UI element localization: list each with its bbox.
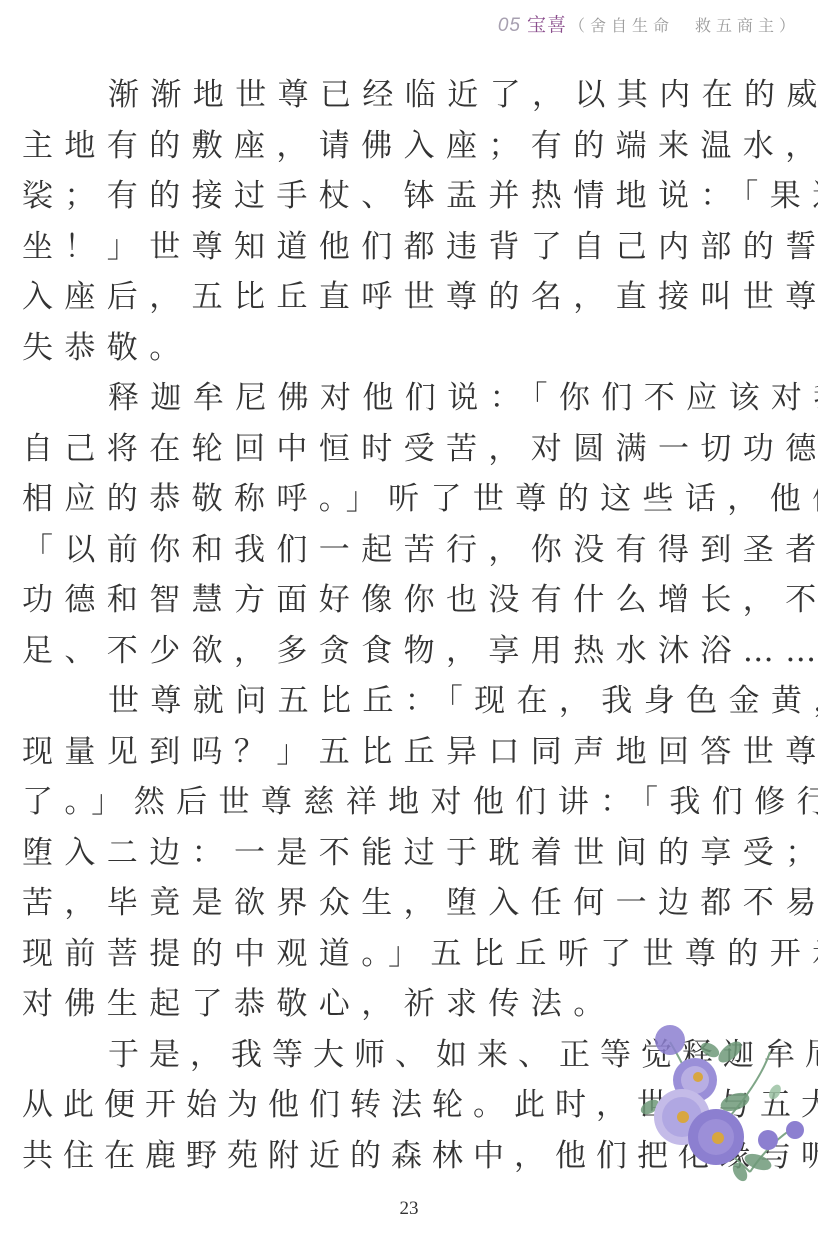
page-number: 23 (0, 1198, 818, 1220)
text-line: 足、不少欲，多贪食物，享用热水沐浴……。」。 (22, 626, 802, 677)
text-line: 世尊就问五比丘：「现在，我身色金黄，诸根调伏，你们没有 (22, 676, 802, 727)
text-line: 苦，毕竟是欲界众生，堕入任何一边都不易成就。远离二边，当依 (22, 878, 802, 929)
text-line: 「以前你和我们一起苦行，你没有得到圣者的一些功德；现在，从 (22, 525, 802, 576)
text-line: 现量见到吗？」五比丘异口同声地回答世尊曰：「见到了，见到 (22, 727, 802, 778)
body-text: 渐渐地世尊已经临近了，以其内在的威德力，五比丘都不由自 主地有的敷座，请佛入座；… (22, 70, 802, 1181)
text-line: 现前菩提的中观道。」五比丘听了世尊的开示后，态度迥然不同， (22, 929, 802, 980)
running-header: 05 宝喜 （舍自生命 救五商主） (498, 10, 800, 37)
text-line: 坐！」世尊知道他们都违背了自己内部的誓言，但还是缄默不语。 (22, 222, 802, 273)
chapter-title: 宝喜 (527, 10, 567, 37)
chapter-number: 05 (498, 15, 521, 37)
chapter-subtitle: （舍自生命 救五商主） (569, 13, 800, 36)
text-line: 失恭敬。 (22, 323, 802, 374)
text-line: 裟；有的接过手杖、钵盂并热情地说：「果达玛，您来了，请入 (22, 171, 802, 222)
text-line: 渐渐地世尊已经临近了，以其内在的威德力，五比丘都不由自 (22, 70, 802, 121)
text-line: 堕入二边：一是不能过于耽着世间的享受；二是不能使五蕴过于受 (22, 828, 802, 879)
flower-decoration-icon (630, 1022, 810, 1187)
text-line: 功德和智慧方面好像你也没有什么增长，不同的是你求名利、不知 (22, 575, 802, 626)
text-line: 主地有的敷座，请佛入座；有的端来温水，请佛洗足；有的接过袈 (22, 121, 802, 172)
text-line: 入座后，五比丘直呼世尊的名，直接叫世尊的种姓，语气态度仍有 (22, 272, 802, 323)
text-line: 相应的恭敬称呼。」听了世尊的这些话，他们也就直言不讳地说： (22, 474, 802, 525)
text-line: 释迦牟尼佛对他们说：「你们不应该对我如此称呼，这样你们 (22, 373, 802, 424)
text-line: 了。」然后世尊慈祥地对他们讲：「我们修行要想得成就，就不能 (22, 777, 802, 828)
text-line: 自己将在轮回中恒时受苦，对圆满一切功德的如来、正等觉必须有 (22, 424, 802, 475)
